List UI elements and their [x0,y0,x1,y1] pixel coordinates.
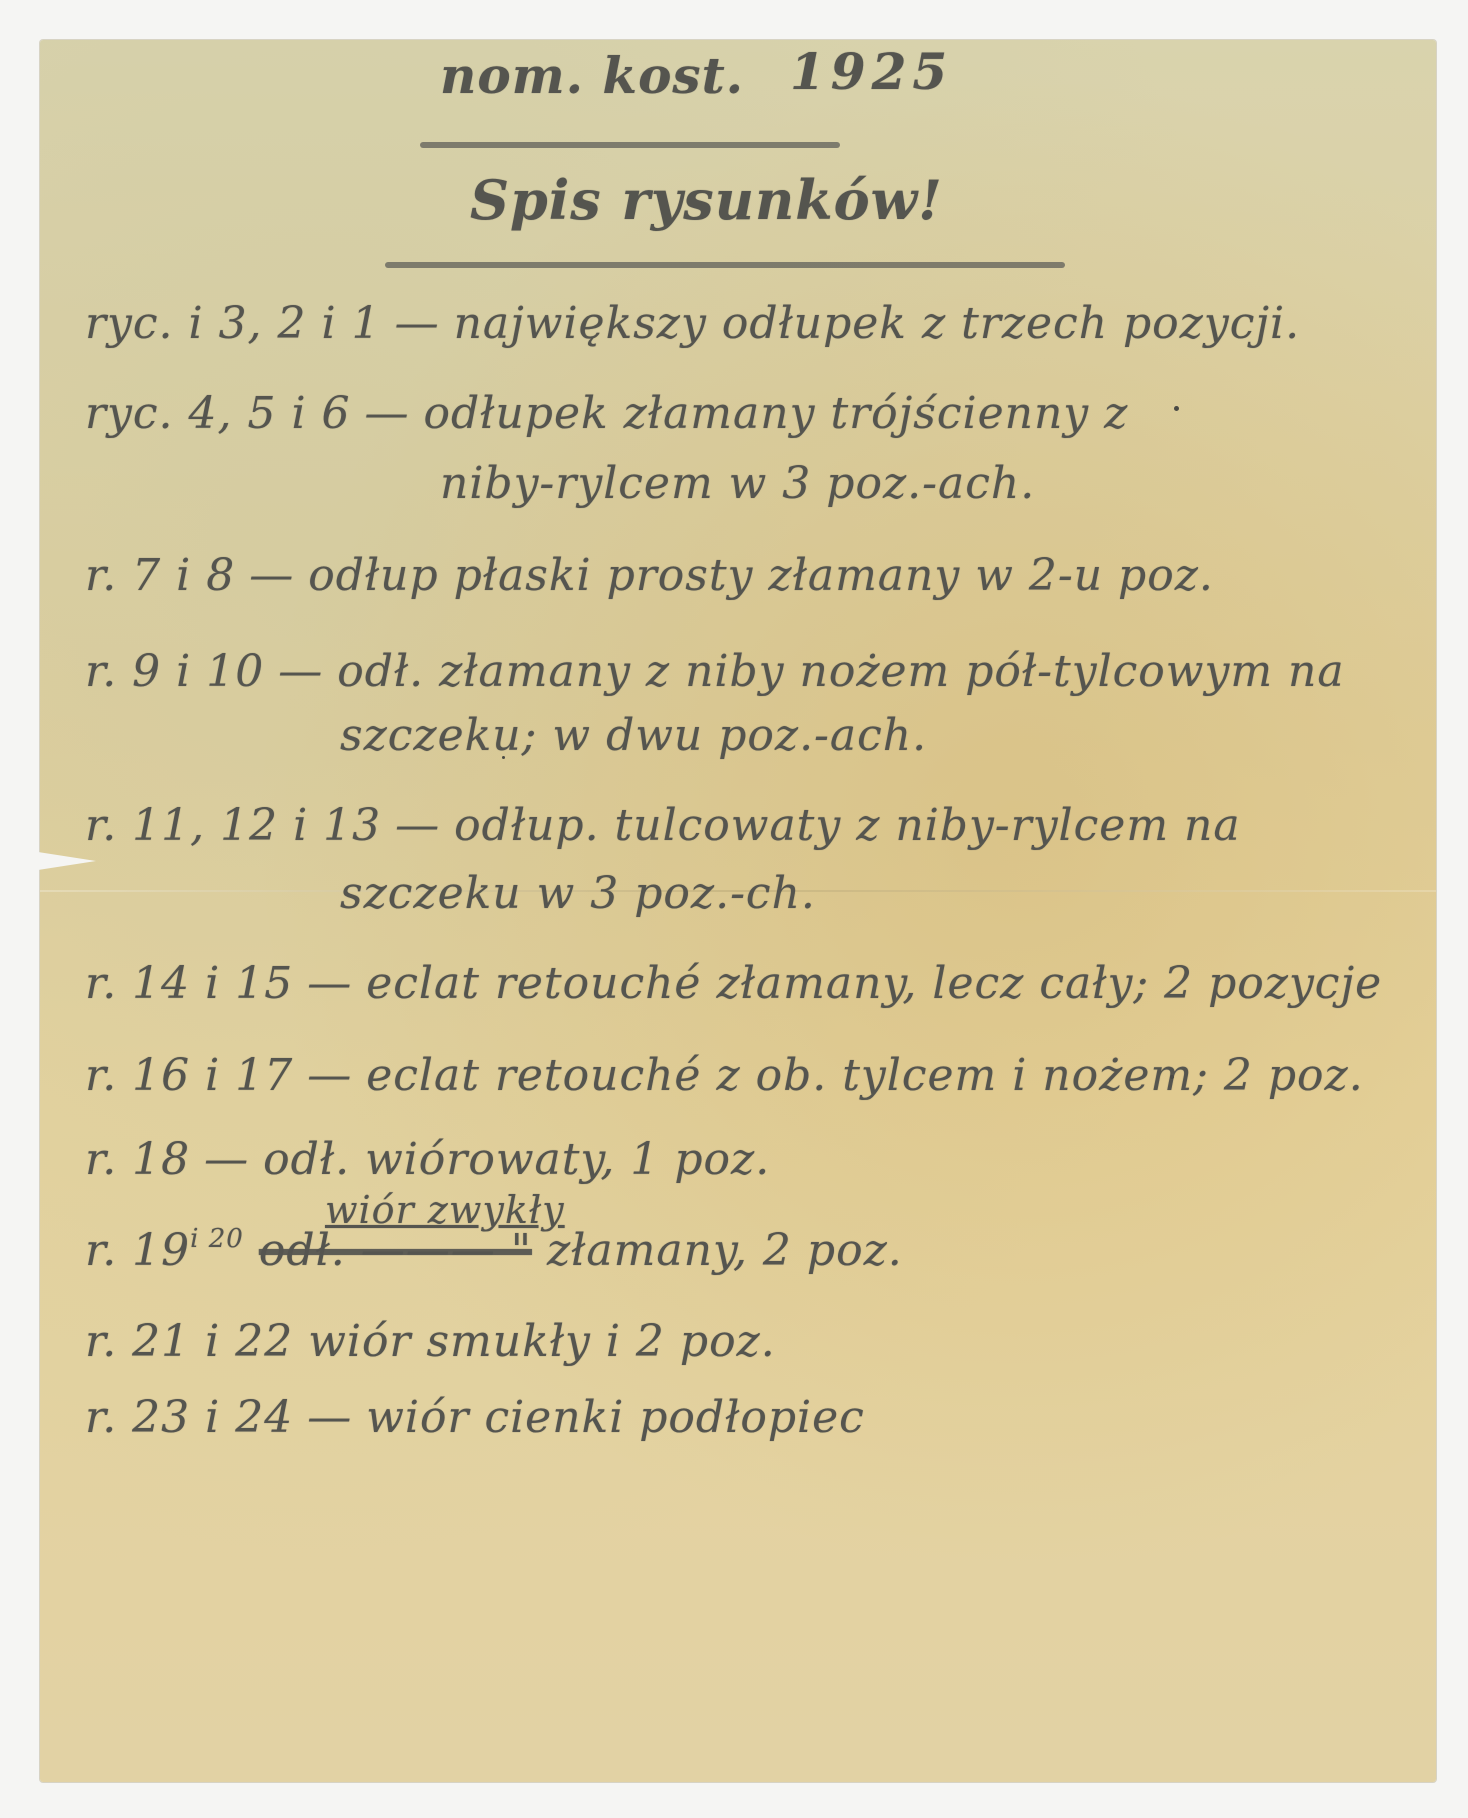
figure-numbers: r. 19 [85,1225,190,1276]
header-subtitle: nom. kost. [440,46,744,105]
figure-numbers: r. 11, 12 i 13 [85,800,381,851]
figure-numbers: r. 14 i 15 [85,958,293,1009]
list-item: ryc. i 3, 2 i 1—największy odłupek z trz… [85,298,1300,349]
dash: — [204,1134,249,1185]
entry-text: wiór cienki podłopiec [366,1392,865,1443]
figure-numbers: ryc. i 3, 2 i 1 [85,298,381,349]
scan-background: nom. kost. 1925 Spis rysunków! ryc. i 3,… [0,0,1468,1818]
paper-tear [38,852,96,870]
figure-numbers: ryc. 4, 5 i 6 [85,388,351,439]
paper-sheet: nom. kost. 1925 Spis rysunków! ryc. i 3,… [40,40,1436,1782]
entry-text: odłup płaski prosty złamany w 2-u poz. [308,550,1214,601]
figure-numbers: r. 7 i 8 [85,550,235,601]
title-underline [385,262,1065,268]
pencil-mark [1170,1075,1174,1079]
dash: — [395,800,440,851]
dash: — [307,958,352,1009]
dash: — [395,298,440,349]
figure-numbers: r. 16 i 17 [85,1050,293,1101]
figure-numbers: r. 23 i 24 [85,1392,293,1443]
entry-text: złamany, 2 poz. [547,1225,903,1276]
header-year: 1925 [790,42,953,101]
list-item: r. 14 i 15—eclat retouché złamany, lecz … [85,958,1382,1009]
list-item: r. 9 i 10—odł. złamany z niby nożem pół-… [85,646,1345,697]
entry-continuation: szczeku w 3 poz.-ch. [340,868,816,919]
entry-text: odł. wiórowaty, 1 poz. [263,1134,770,1185]
entry-text: odłupek złamany trójścienny z [424,388,1129,439]
entry-text: wiór smukły i 2 poz. [308,1316,776,1367]
entry-continuation: szczeku; w dwu poz.-ach. [340,710,927,761]
figure-numbers: r. 21 i 22 [85,1316,293,1367]
struck-text: odł. ——— " [259,1225,532,1276]
entry-text: największy odłupek z trzech pozycji. [454,298,1300,349]
list-item: r. 21 i 22 wiór smukły i 2 poz. [85,1316,776,1367]
figure-numbers-superscript: i 20 [190,1224,244,1254]
figure-numbers: r. 9 i 10 [85,646,264,697]
dash: — [249,550,294,601]
entry-continuation: niby-rylcem w 3 poz.-ach. [440,458,1035,509]
entry-text: eclat retouché z ob. tylcem i nożem; 2 p… [366,1050,1364,1101]
pencil-mark [1174,406,1179,411]
list-item: r. 11, 12 i 13—odłup. tulcowaty z niby-r… [85,800,1241,851]
list-item: r. 23 i 24—wiór cienki podłopiec [85,1392,865,1443]
page-title: Spis rysunków! [470,168,943,232]
dash: — [278,646,323,697]
list-item: ryc. 4, 5 i 6—odłupek złamany trójścienn… [85,388,1128,439]
pencil-mark [502,756,505,759]
dash: — [365,388,410,439]
list-item: r. 18—odł. wiórowaty, 1 poz. [85,1134,770,1185]
entry-text: odłup. tulcowaty z niby-rylcem na [454,800,1240,851]
entry-text: eclat retouché złamany, lecz cały; 2 poz… [366,958,1382,1009]
figure-numbers: r. 18 [85,1134,190,1185]
dash: — [307,1392,352,1443]
header-underline [420,142,840,148]
entry-text: odł. złamany z niby nożem pół-tylcowym n… [337,646,1344,697]
list-item: r. 19i 20 odł. ——— " złamany, 2 poz. [85,1224,903,1276]
dash: — [307,1050,352,1101]
list-item: r. 7 i 8—odłup płaski prosty złamany w 2… [85,550,1214,601]
